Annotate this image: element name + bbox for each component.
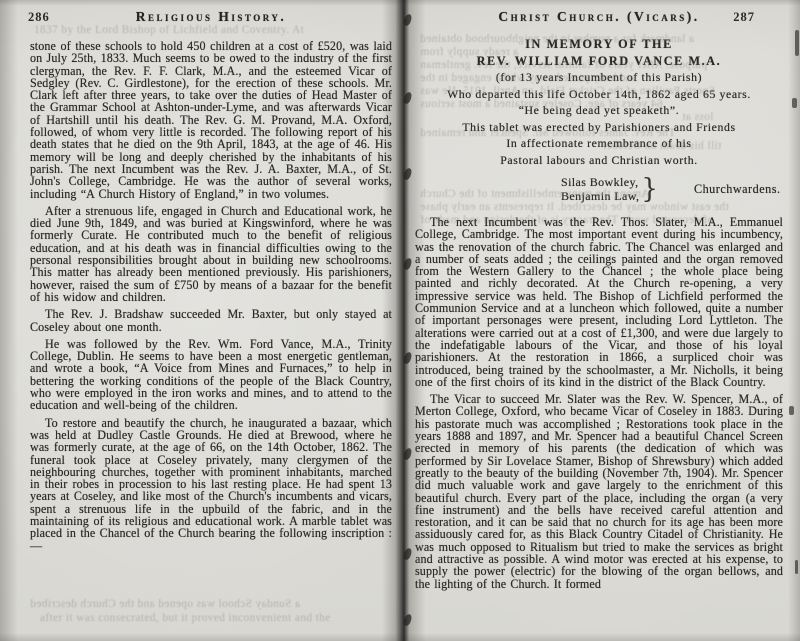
memorial-line: Pastoral labours and Christian worth. <box>415 154 783 167</box>
brace-glyph: } <box>641 173 658 205</box>
paragraph: The Vicar to succeed Mr. Slater was the … <box>415 393 783 590</box>
churchwarden-name: Benjamin Law, <box>561 189 639 204</box>
churchwardens-block: Silas Bowkley, Benjamin Law, } Churchwar… <box>561 174 783 204</box>
right-page: Christ Church. (Vicars). 287 a landmark … <box>402 0 800 641</box>
book-scan: 286 Religious History. 1837 by the Lord … <box>0 0 800 641</box>
paragraph: He was followed by the Rev. Wm. Ford Van… <box>30 338 392 412</box>
memorial-line: “He being dead yet speaketh”. <box>415 104 783 117</box>
memorial-line: (for 13 years Incumbent of this Parish) <box>415 71 783 84</box>
left-running-header: Religious History. <box>30 9 392 25</box>
memorial-line: IN MEMORY OF THE <box>415 38 783 51</box>
memorial-line: Who departed this life October 14th, 186… <box>415 88 783 101</box>
memorial-line: REV. WILLIAM FORD VANCE M.A. <box>415 55 783 68</box>
right-page-number: 287 <box>733 10 755 25</box>
churchwardens-title: Churchwardens. <box>694 182 781 197</box>
paragraph: stone of these schools to hold 450 child… <box>30 40 392 200</box>
memorial-inscription: IN MEMORY OF THE REV. WILLIAM FORD VANCE… <box>415 38 783 166</box>
paragraph: The next Incumbent was the Rev. Thos. Sl… <box>415 216 783 388</box>
paragraph: To restore and beautify the church, he i… <box>30 417 392 552</box>
churchwarden-names: Silas Bowkley, Benjamin Law, <box>561 175 639 204</box>
bleed-through-text: after it was consecrated, but it proved … <box>40 612 331 624</box>
left-page-body: stone of these schools to hold 450 child… <box>30 40 392 552</box>
paragraph: After a strenuous life, engaged in Churc… <box>30 205 392 303</box>
right-page-header-row: Christ Church. (Vicars). 287 <box>415 9 783 31</box>
right-page-body: The next Incumbent was the Rev. Thos. Sl… <box>415 216 783 590</box>
right-running-header: Christ Church. (Vicars). <box>415 9 783 25</box>
memorial-line: In affectionate remembrance of his <box>415 137 783 150</box>
bleed-through-text: a Sunday School was opened and the Churc… <box>30 598 300 610</box>
left-page: 286 Religious History. 1837 by the Lord … <box>0 0 398 641</box>
churchwarden-name: Silas Bowkley, <box>561 175 639 190</box>
memorial-line: This tablet was erected by Parishioners … <box>415 121 783 134</box>
left-page-number: 286 <box>28 10 50 25</box>
left-page-header-row: 286 Religious History. <box>30 9 392 31</box>
paragraph: The Rev. J. Bradshaw succeeded Mr. Baxte… <box>30 308 392 333</box>
